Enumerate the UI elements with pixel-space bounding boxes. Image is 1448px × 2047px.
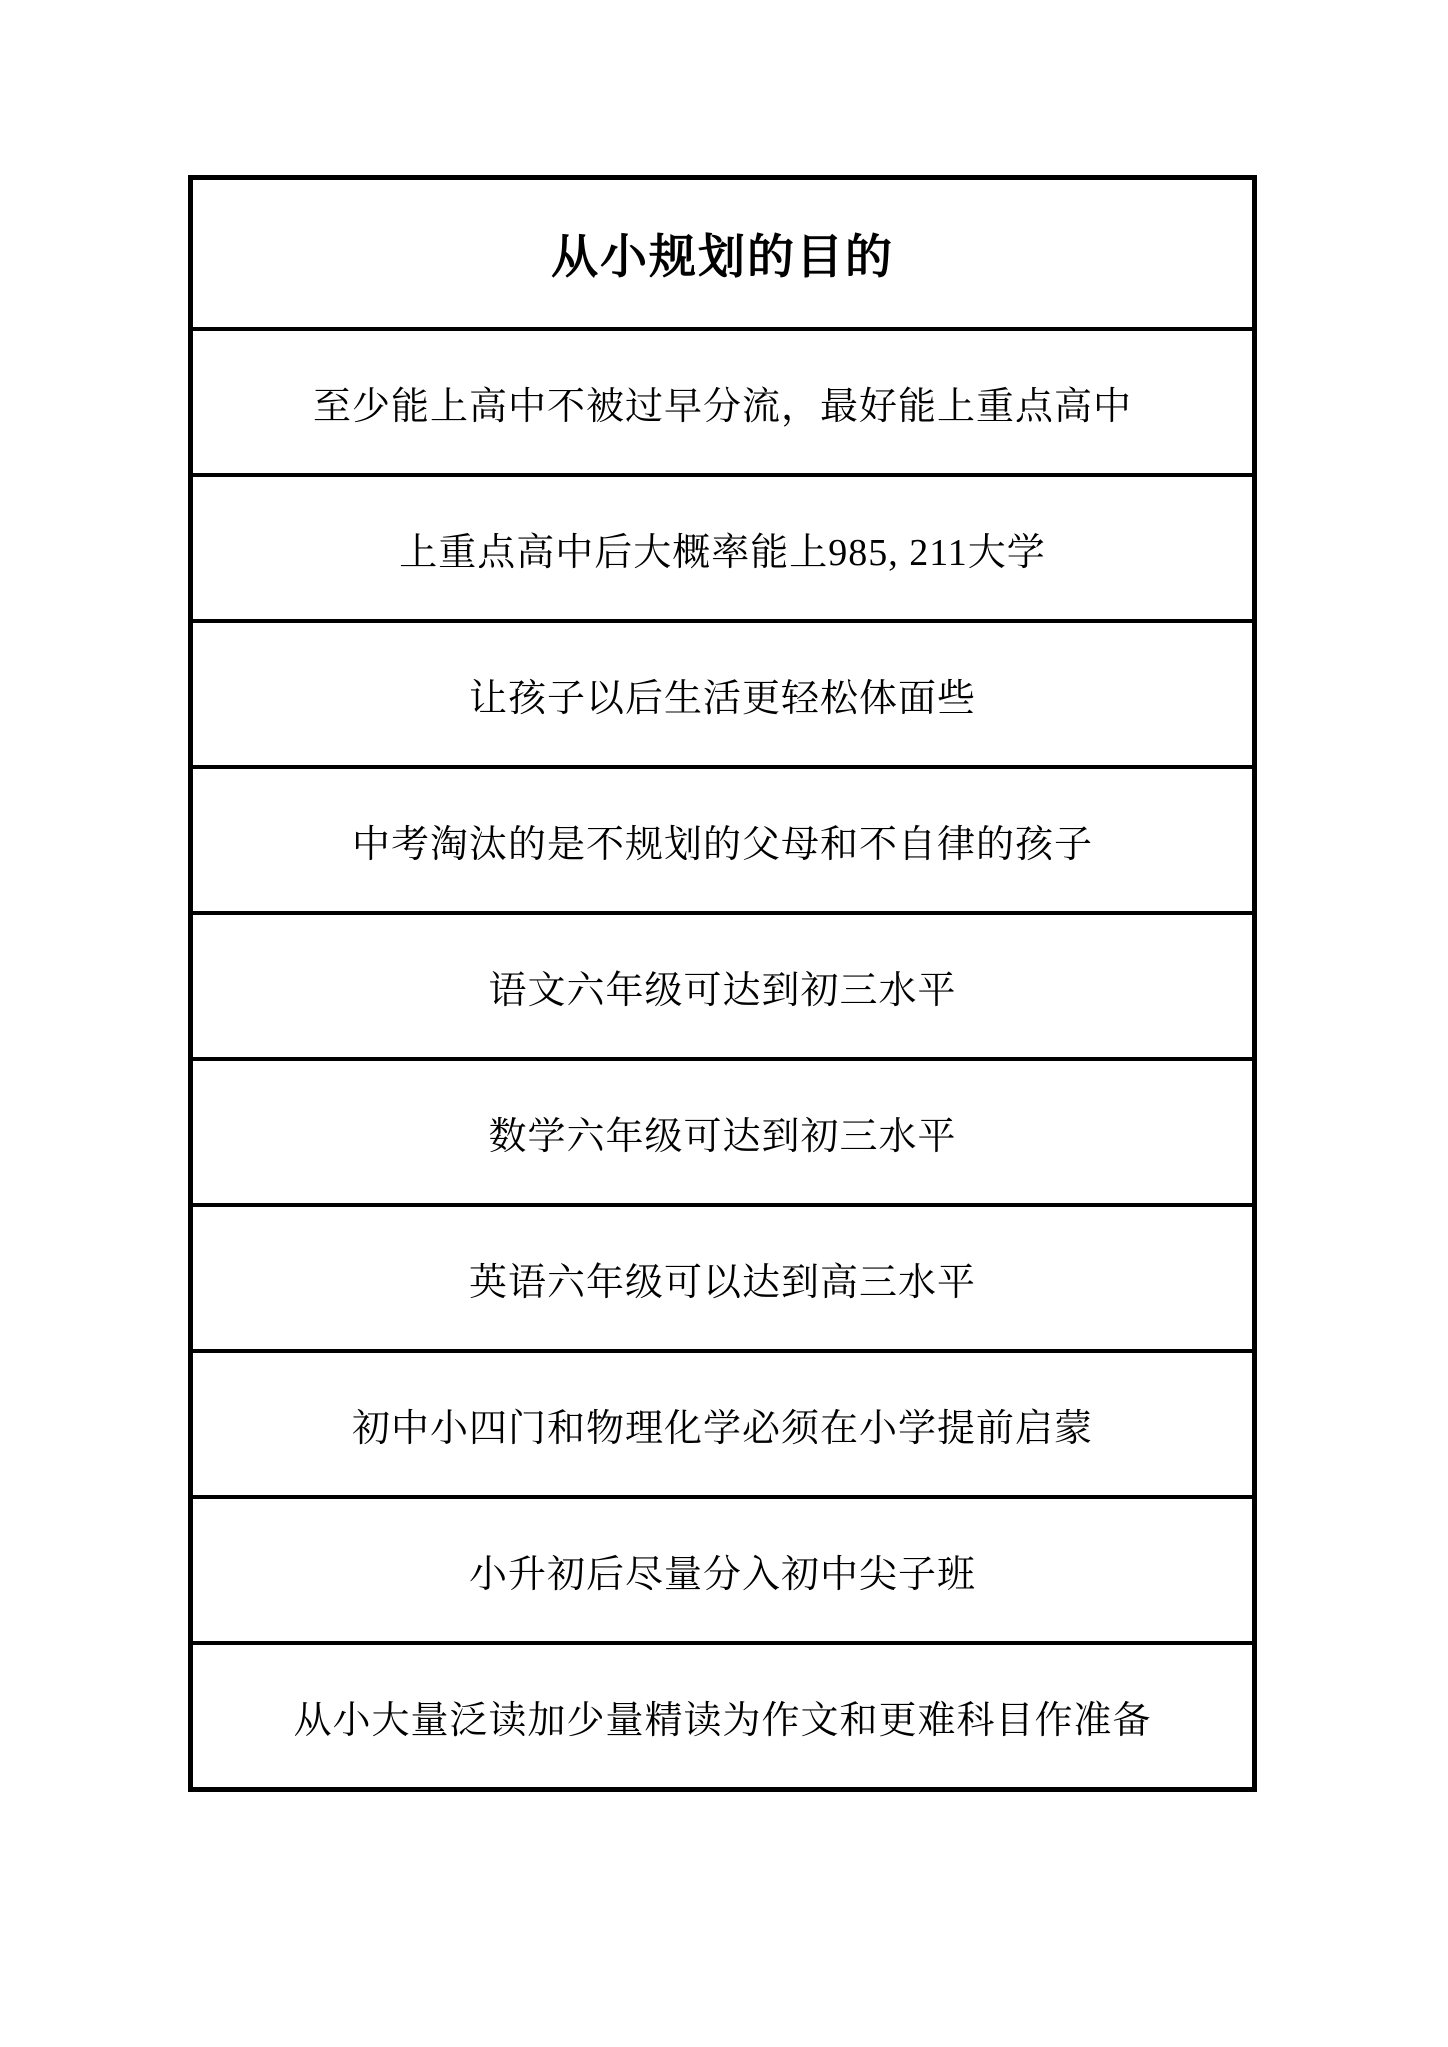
table-row: 小升初后尽量分入初中尖子班 [193,1495,1252,1641]
planning-purpose-table: 从小规划的目的 至少能上高中不被过早分流，最好能上重点高中上重点高中后大概率能上… [188,175,1257,1792]
document-page: 从小规划的目的 至少能上高中不被过早分流，最好能上重点高中上重点高中后大概率能上… [0,0,1448,2047]
table-row: 中考淘汰的是不规划的父母和不自律的孩子 [193,765,1252,911]
table-row: 语文六年级可达到初三水平 [193,911,1252,1057]
table-row: 数学六年级可达到初三水平 [193,1057,1252,1203]
table-row: 从小大量泛读加少量精读为作文和更难科目作准备 [193,1641,1252,1787]
table-title: 从小规划的目的 [193,180,1252,327]
table-row: 上重点高中后大概率能上985, 211大学 [193,473,1252,619]
table-row: 初中小四门和物理化学必须在小学提前启蒙 [193,1349,1252,1495]
table-row: 英语六年级可以达到高三水平 [193,1203,1252,1349]
table-row: 至少能上高中不被过早分流，最好能上重点高中 [193,327,1252,473]
table-row: 让孩子以后生活更轻松体面些 [193,619,1252,765]
